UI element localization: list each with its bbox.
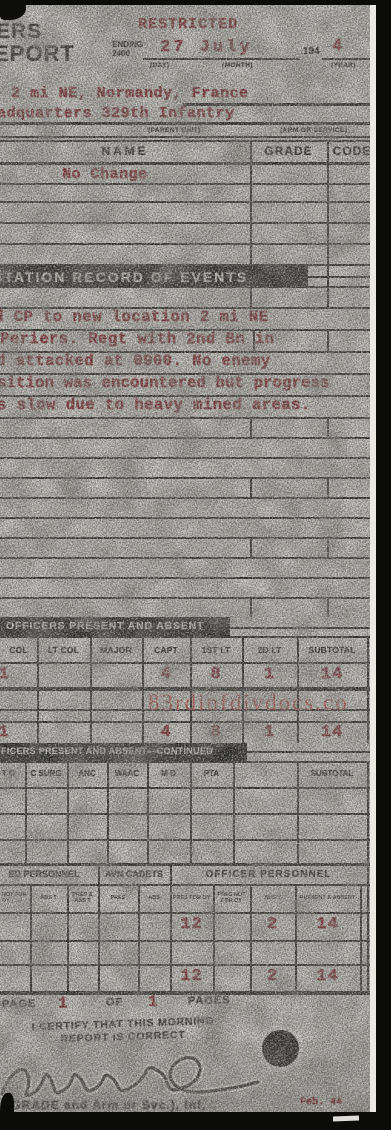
scan-bottom-notch bbox=[333, 1116, 359, 1122]
station-value: e 2 mi NE, Normandy, France bbox=[0, 85, 249, 102]
unit-value: adquarters 329th Infantry bbox=[0, 105, 235, 122]
record-of-events-header-bar: STATION RECORD OF EVENTS bbox=[0, 266, 308, 286]
event-line: sition was encountered but progress bbox=[0, 374, 330, 392]
ruled-line bbox=[247, 751, 377, 753]
ruled-line bbox=[0, 497, 377, 499]
form-edition-note: Feb. 44 bbox=[300, 1097, 342, 1108]
ruled-line bbox=[0, 140, 377, 142]
ruled-line bbox=[0, 286, 377, 288]
grade-column-header: GRADE bbox=[250, 144, 327, 158]
officers-value: 8 bbox=[190, 665, 242, 684]
table-divider bbox=[367, 636, 369, 743]
table-divider bbox=[327, 477, 329, 497]
personnel-subcol: ABS bbox=[138, 885, 170, 910]
officer-personnel-header: OFFICER PERSONNEL bbox=[170, 864, 367, 884]
continued-col-header: PTA bbox=[190, 763, 233, 783]
ruled-line bbox=[0, 183, 377, 185]
event-line: d CP to new location 2 mi NE bbox=[0, 308, 268, 326]
continued-col-header: C SURG bbox=[25, 763, 67, 783]
officers-col-header: SUBTOTAL bbox=[297, 640, 367, 660]
report-date-value: 27 July bbox=[160, 38, 252, 57]
personnel-value: 2 bbox=[250, 967, 295, 986]
officers-value: 8 bbox=[190, 723, 242, 742]
year-value: 4 bbox=[332, 37, 342, 56]
ruled-line bbox=[0, 517, 377, 519]
ruled-line bbox=[0, 839, 377, 841]
ruled-line bbox=[322, 58, 375, 60]
officers-col-header: COL bbox=[0, 640, 37, 660]
month-label: (MONTH) bbox=[222, 62, 253, 69]
officers-value: 1 bbox=[242, 723, 297, 742]
ruled-line bbox=[0, 912, 377, 914]
table-divider bbox=[367, 863, 369, 884]
personnel-subcol: PRES NOT FOR DY bbox=[0, 885, 30, 910]
officers-value: 14 bbox=[297, 723, 367, 742]
officers-section-title: OFFICERS PRESENT AND ABSENT bbox=[6, 620, 204, 632]
of-label: OF bbox=[106, 996, 123, 1008]
officers-continued-bar: OFFICERS PRESENT AND ABSENT—CONTINUED bbox=[0, 743, 247, 761]
officers-col-header: 1ST LT bbox=[190, 640, 242, 660]
officers-value: 1 bbox=[0, 665, 14, 684]
ruled-line bbox=[0, 222, 377, 224]
personnel-subcol: PRES bbox=[98, 885, 138, 910]
ruled-line bbox=[0, 964, 377, 966]
ending-label-line1: ENDING bbox=[112, 40, 143, 49]
table-divider bbox=[327, 537, 329, 557]
table-divider bbox=[327, 331, 329, 351]
pages-label: PAGES bbox=[188, 994, 231, 1007]
scan-edge-top bbox=[0, 0, 391, 5]
ruled-line bbox=[0, 417, 377, 419]
table-divider bbox=[250, 286, 252, 307]
ruled-line bbox=[0, 940, 377, 942]
continued-col-header: ANC bbox=[67, 763, 107, 783]
personnel-subcol: PRES NOT FOR DY bbox=[213, 885, 250, 910]
table-divider bbox=[327, 597, 329, 617]
page-number: 1 bbox=[58, 994, 68, 1012]
ruled-line bbox=[0, 597, 377, 599]
page-label: PAGE bbox=[2, 998, 37, 1011]
officers-value: 1 bbox=[242, 665, 297, 684]
table-divider bbox=[327, 417, 329, 437]
ending-label-line2: 2400 bbox=[112, 49, 130, 58]
scan-edge-right bbox=[376, 0, 391, 1130]
ruled-line bbox=[0, 437, 377, 439]
continued-col-header: T O bbox=[0, 763, 25, 783]
personnel-subcol: PRES FOR DY bbox=[170, 885, 213, 910]
arm-or-service-label: (ARM OR SERVICE) bbox=[280, 127, 347, 134]
event-line: s slow due to heavy mined areas. bbox=[0, 396, 311, 414]
record-of-events-title: STATION RECORD OF EVENTS bbox=[0, 269, 248, 285]
ruled-line bbox=[0, 537, 377, 539]
avn-cadets-header: AVN CADETS bbox=[98, 864, 170, 884]
personnel-subcol: PRES & ABS T bbox=[67, 885, 98, 910]
personnel-subcol: PRESENT & ABSENT bbox=[295, 885, 360, 910]
ruled-line bbox=[0, 662, 377, 664]
ruled-line bbox=[0, 477, 377, 479]
ruled-line bbox=[0, 636, 377, 638]
ruled-line bbox=[230, 627, 377, 629]
event-line: d attacked at 0900. No enemy bbox=[0, 352, 270, 370]
continued-col-header: SUBTOTAL bbox=[297, 763, 367, 783]
ruled-line bbox=[0, 243, 377, 245]
total-pages-number: 1 bbox=[148, 993, 158, 1011]
table-divider bbox=[360, 884, 362, 991]
table-divider bbox=[327, 286, 329, 307]
name-column-header: NAME bbox=[0, 144, 250, 158]
personnel-value: 14 bbox=[295, 967, 360, 986]
personnel-value: 14 bbox=[295, 915, 360, 934]
personnel-subcol: ABS T bbox=[30, 885, 67, 910]
continued-col-header: WAAC bbox=[107, 763, 147, 783]
ruled-line bbox=[0, 162, 377, 165]
table-divider bbox=[250, 477, 252, 497]
table-divider bbox=[250, 597, 252, 617]
personnel-value: 2 bbox=[250, 915, 295, 934]
day-label: (DAY) bbox=[150, 62, 169, 69]
ruled-line bbox=[0, 813, 377, 815]
table-divider bbox=[250, 537, 252, 557]
ruled-line bbox=[308, 276, 377, 278]
officers-value: 4 bbox=[142, 723, 190, 742]
officers-col-header: CAPT bbox=[142, 640, 190, 660]
form-title-fragment-2: EPORT bbox=[0, 41, 75, 67]
ruled-line bbox=[143, 58, 300, 60]
officers-col-header: LT COL bbox=[37, 640, 90, 660]
officers-section-bar: OFFICERS PRESENT AND ABSENT bbox=[0, 617, 230, 636]
website-watermark: 83rdinfdivdocs.co bbox=[148, 690, 349, 716]
morning-report-scan: RESTRICTED ERS EPORT ENDING 2400 27 July… bbox=[0, 0, 391, 1130]
scan-noise-overlay bbox=[0, 0, 391, 1130]
roster-entry: No Change bbox=[62, 166, 148, 183]
parent-unit-label: (PARENT UNIT) bbox=[148, 127, 201, 134]
enlisted-personnel-header: ED PERSONNEL bbox=[0, 864, 98, 884]
event-line: Periers. Regt with 2nd Bn in bbox=[0, 330, 274, 348]
officers-col-header: MAJOR bbox=[90, 640, 142, 660]
ruled-line bbox=[0, 457, 377, 459]
ruled-line bbox=[0, 136, 377, 138]
table-divider bbox=[367, 761, 369, 863]
classification-stamp: RESTRICTED bbox=[138, 16, 238, 33]
signature bbox=[0, 1042, 300, 1112]
officers-col-header: 2D LT bbox=[242, 640, 297, 660]
ruled-line bbox=[0, 201, 377, 203]
personnel-value: 12 bbox=[170, 967, 213, 986]
ruled-line bbox=[0, 787, 377, 789]
table-divider bbox=[367, 884, 369, 991]
table-divider bbox=[327, 140, 329, 264]
table-divider bbox=[327, 266, 329, 286]
ruled-line bbox=[0, 577, 377, 579]
scan-corner-blob bbox=[0, 0, 26, 20]
personnel-subcol: ABS T bbox=[250, 885, 295, 910]
table-divider bbox=[250, 140, 252, 264]
year-printed: 194 bbox=[303, 46, 320, 57]
officers-continued-title: OFFICERS PRESENT AND ABSENT—CONTINUED bbox=[0, 746, 213, 756]
year-label: (YEAR) bbox=[331, 62, 356, 69]
ruled-line bbox=[0, 122, 377, 125]
officers-value: 14 bbox=[297, 665, 367, 684]
personnel-value: 12 bbox=[170, 915, 213, 934]
continued-col-header: M D bbox=[147, 763, 190, 783]
table-divider bbox=[250, 417, 252, 437]
table-divider bbox=[233, 761, 235, 863]
ruled-line bbox=[0, 557, 377, 559]
punch-hole bbox=[262, 1030, 299, 1067]
officers-value: 4 bbox=[142, 665, 190, 684]
officers-value: 1 bbox=[0, 723, 14, 742]
